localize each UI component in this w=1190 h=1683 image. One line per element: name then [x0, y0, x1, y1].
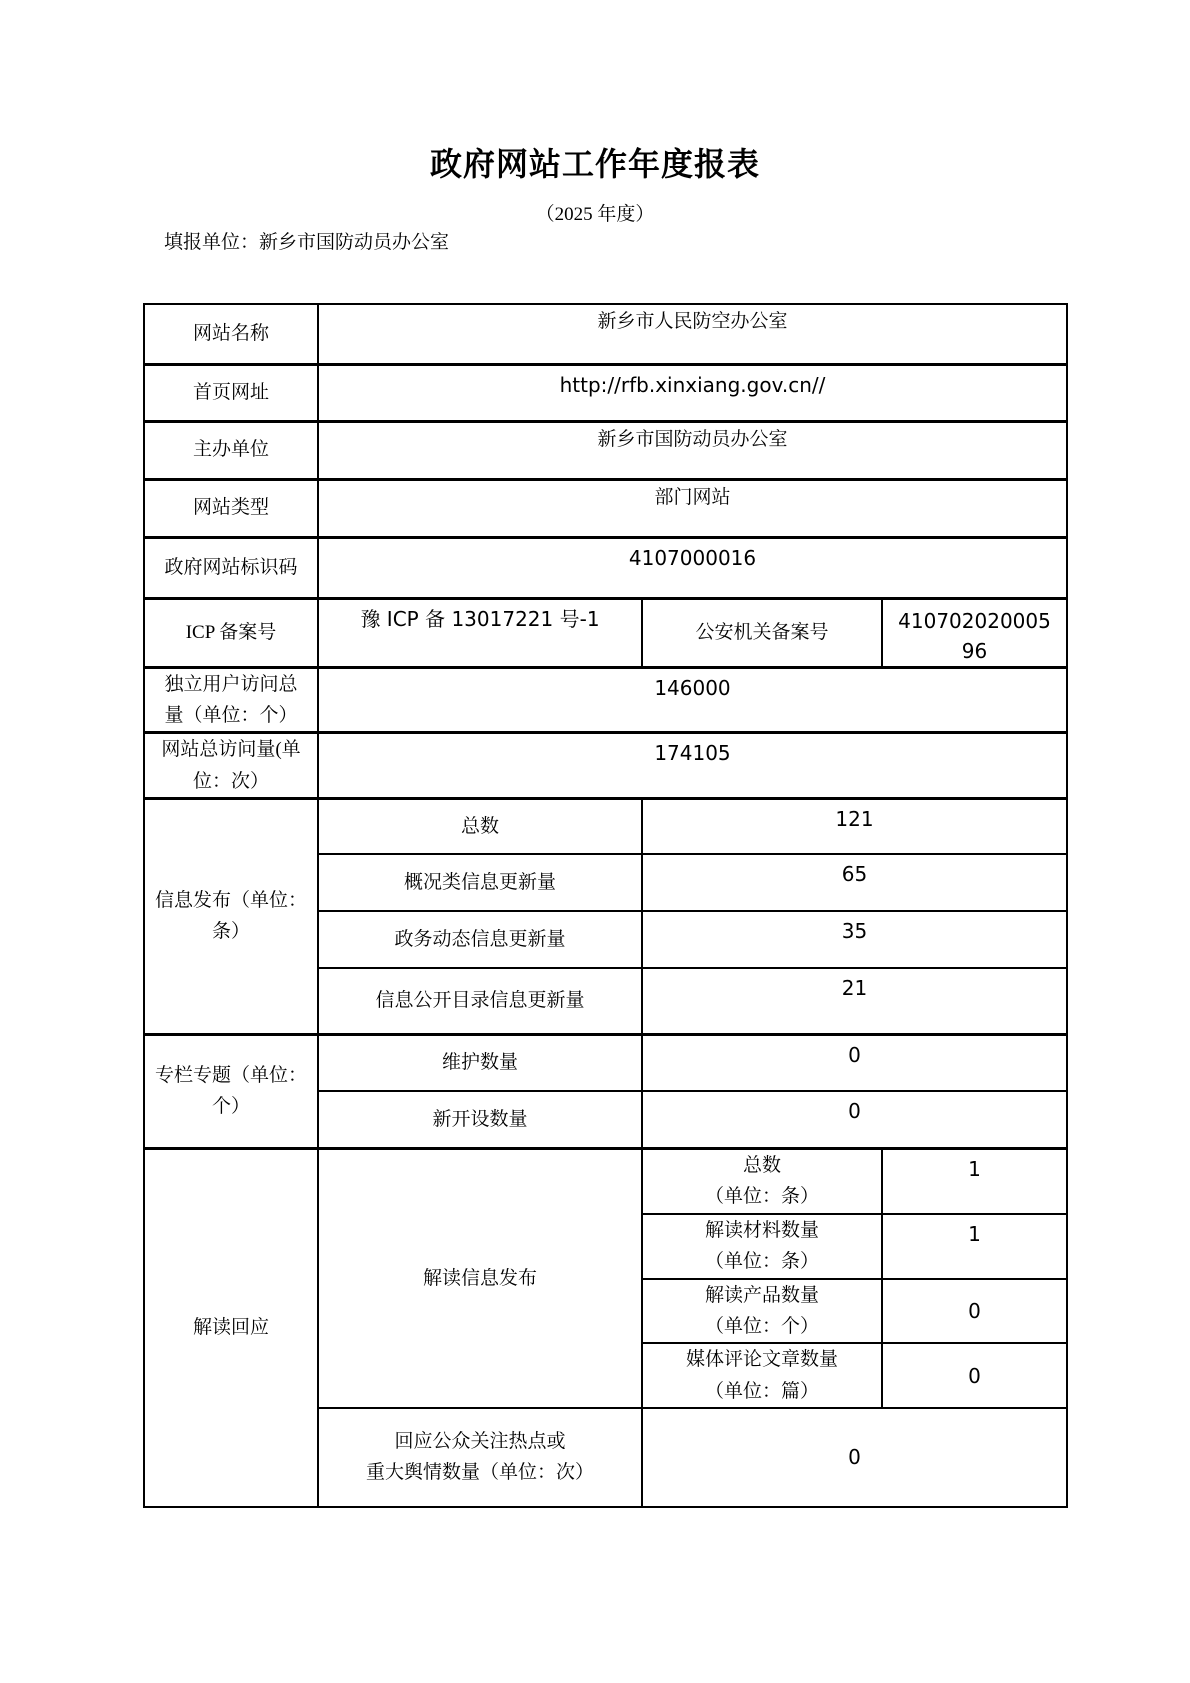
table-row: ICP 备案号 豫 ICP 备 13017221 号-1 公安机关备案号 410…	[144, 598, 1067, 667]
value-unique-visitors: 146000	[318, 667, 1067, 733]
label-media-commentary-articles: 媒体评论文章数量 （单位：篇）	[642, 1343, 882, 1408]
label-interpretation-response-section: 解读回应	[144, 1148, 318, 1507]
label-total-visits: 网站总访问量(单 位：次）	[144, 733, 318, 799]
table-row: 信息发布（单位： 条） 总数 121	[144, 798, 1067, 854]
label-overview-updates: 概况类信息更新量	[318, 854, 642, 911]
value-site-type: 部门网站	[318, 479, 1067, 537]
label-gov-news-updates: 政务动态信息更新量	[318, 911, 642, 968]
value-interpretation-products: 0	[882, 1279, 1067, 1344]
annual-report-table: 网站名称 新乡市人民防空办公室 首页网址 http://rfb.xinxiang…	[143, 303, 1068, 1508]
value-total-visits: 174105	[318, 733, 1067, 799]
label-interpretation-materials: 解读材料数量 （单位：条）	[642, 1214, 882, 1279]
label-icp-number: ICP 备案号	[144, 598, 318, 667]
table-row: 网站名称 新乡市人民防空办公室	[144, 304, 1067, 364]
value-icp-number: 豫 ICP 备 13017221 号-1	[318, 598, 642, 667]
value-site-name: 新乡市人民防空办公室	[318, 304, 1067, 364]
label-interpretation-total: 总数 （单位：条）	[642, 1148, 882, 1213]
label-site-name: 网站名称	[144, 304, 318, 364]
value-interpretation-materials: 1	[882, 1214, 1067, 1279]
value-police-record-number: 41070202000596	[882, 598, 1067, 667]
label-special-columns-section: 专栏专题（单位： 个）	[144, 1034, 318, 1148]
label-interpretation-products: 解读产品数量 （单位：个）	[642, 1279, 882, 1344]
label-unique-visitors: 独立用户访问总 量（单位：个）	[144, 667, 318, 733]
table-row: 专栏专题（单位： 个） 维护数量 0	[144, 1034, 1067, 1091]
table-row: 首页网址 http://rfb.xinxiang.gov.cn//	[144, 364, 1067, 421]
value-maintained-count: 0	[642, 1034, 1067, 1091]
label-interpretation-info-publish: 解读信息发布	[318, 1148, 642, 1408]
report-title: 政府网站工作年度报表	[0, 139, 1190, 185]
value-info-total: 121	[642, 798, 1067, 854]
value-open-directory-updates: 21	[642, 968, 1067, 1034]
value-gov-news-updates: 35	[642, 911, 1067, 968]
label-police-record-number: 公安机关备案号	[642, 598, 882, 667]
table-row: 政府网站标识码 4107000016	[144, 537, 1067, 598]
report-subtitle: （2025 年度）	[0, 199, 1190, 226]
table-row: 独立用户访问总 量（单位：个） 146000	[144, 667, 1067, 733]
value-organizer: 新乡市国防动员办公室	[318, 421, 1067, 479]
value-interpretation-total: 1	[882, 1148, 1067, 1213]
value-media-commentary-articles: 0	[882, 1343, 1067, 1408]
label-gov-site-id: 政府网站标识码	[144, 537, 318, 598]
value-newly-opened-count: 0	[642, 1091, 1067, 1148]
label-info-total: 总数	[318, 798, 642, 854]
value-public-hotspot-responses: 0	[642, 1408, 1067, 1507]
value-gov-site-id: 4107000016	[318, 537, 1067, 598]
label-site-type: 网站类型	[144, 479, 318, 537]
label-info-publish-section: 信息发布（单位： 条）	[144, 798, 318, 1034]
reporting-unit: 填报单位：新乡市国防动员办公室	[164, 227, 449, 254]
label-maintained-count: 维护数量	[318, 1034, 642, 1091]
label-homepage-url: 首页网址	[144, 364, 318, 421]
label-public-hotspot-responses: 回应公众关注热点或 重大舆情数量（单位：次）	[318, 1408, 642, 1507]
label-open-directory-updates: 信息公开目录信息更新量	[318, 968, 642, 1034]
label-organizer: 主办单位	[144, 421, 318, 479]
police-record-number-text: 41070202000596	[898, 606, 1051, 666]
table-row: 网站总访问量(单 位：次） 174105	[144, 733, 1067, 799]
value-homepage-url: http://rfb.xinxiang.gov.cn//	[318, 364, 1067, 421]
table-row: 解读回应 解读信息发布 总数 （单位：条） 1	[144, 1148, 1067, 1213]
label-newly-opened-count: 新开设数量	[318, 1091, 642, 1148]
value-overview-updates: 65	[642, 854, 1067, 911]
table-row: 网站类型 部门网站	[144, 479, 1067, 537]
table-row: 主办单位 新乡市国防动员办公室	[144, 421, 1067, 479]
